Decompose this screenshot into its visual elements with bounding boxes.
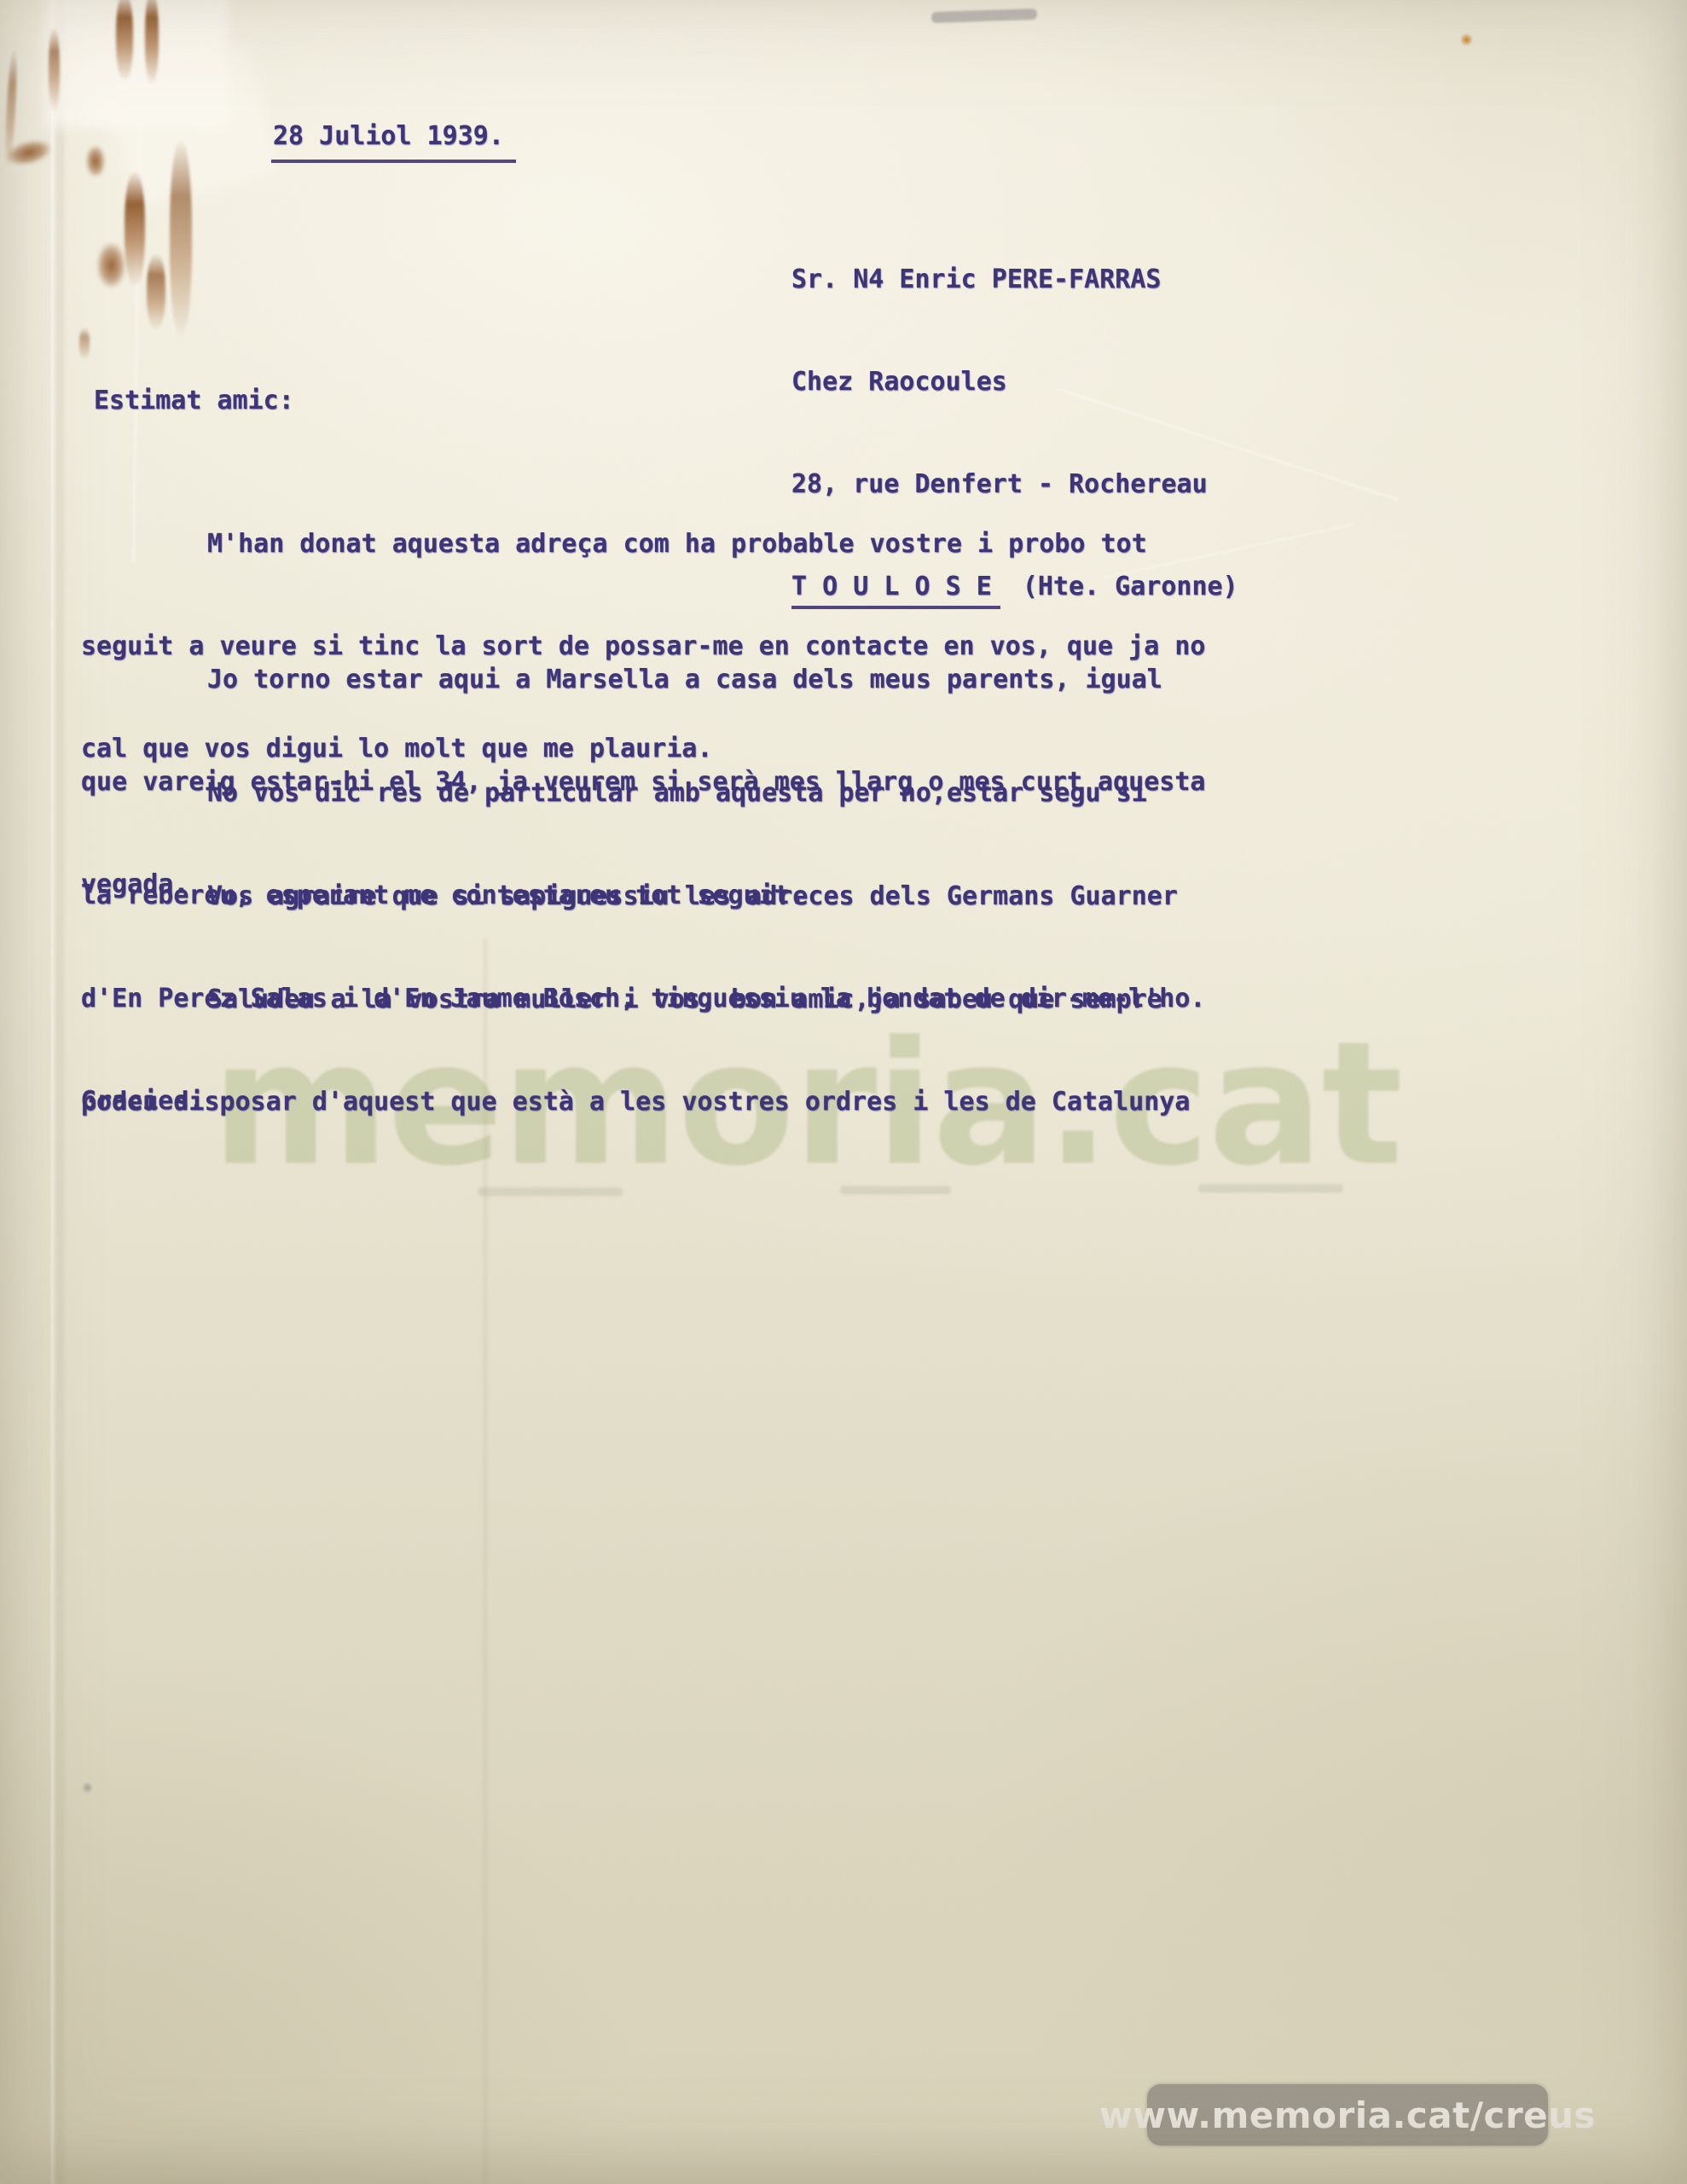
gray-dot-stain: [82, 1781, 93, 1794]
rust-stain: [5, 136, 54, 169]
paragraph-line: No vos dic res de particular amb aquesta…: [81, 776, 1147, 810]
address-line-name: Sr. N4 Enric PERE-FARRAS: [791, 263, 1238, 297]
left-fold-line: [51, 0, 54, 2184]
memoria-cat-creus-badge: www.memoria.cat/creus: [1147, 2084, 1548, 2146]
rust-stain: [79, 328, 90, 360]
rust-stain: [3, 49, 18, 167]
address-line-care-of: Chez Raocoules: [791, 365, 1238, 399]
tape-residue-patch: [44, 0, 228, 128]
paragraph-line: Jo torno estar aqui a Marsella a casa de…: [81, 663, 1206, 697]
left-fold-shadow: [56, 0, 64, 2184]
paragraph-line: Vos agraire que si sapiguessiu les adrec…: [81, 880, 1206, 914]
paragraph-line: M'han donat aquesta adreça com ha probab…: [81, 527, 1206, 561]
rust-stain: [147, 254, 165, 329]
rust-stain: [125, 172, 145, 285]
scanned-letter-page: memoria.cat 28 Juliol 1939. Sr. N4 Enric…: [0, 0, 1687, 2184]
paragraph-5: Saludeu a la vostra muller i vos, bon am…: [81, 915, 1190, 1188]
rust-stain: [97, 243, 125, 288]
tape-residue-patch: [101, 44, 278, 208]
letter-date: 28 Juliol 1939.: [271, 119, 516, 163]
salutation: Estimat amic:: [94, 384, 294, 418]
rust-stain: [145, 0, 159, 84]
rust-stain: [86, 146, 105, 177]
paragraph-line: podeu disposar d'aquest que està a les v…: [81, 1085, 1190, 1119]
paragraph-line: Saludeu a la vostra muller i vos, bon am…: [81, 983, 1190, 1017]
bleed-through-smudge: [931, 9, 1037, 23]
rust-stain: [170, 142, 192, 336]
rust-stain: [49, 28, 60, 112]
rust-stain: [116, 0, 133, 80]
orange-fleck: [1460, 32, 1473, 47]
